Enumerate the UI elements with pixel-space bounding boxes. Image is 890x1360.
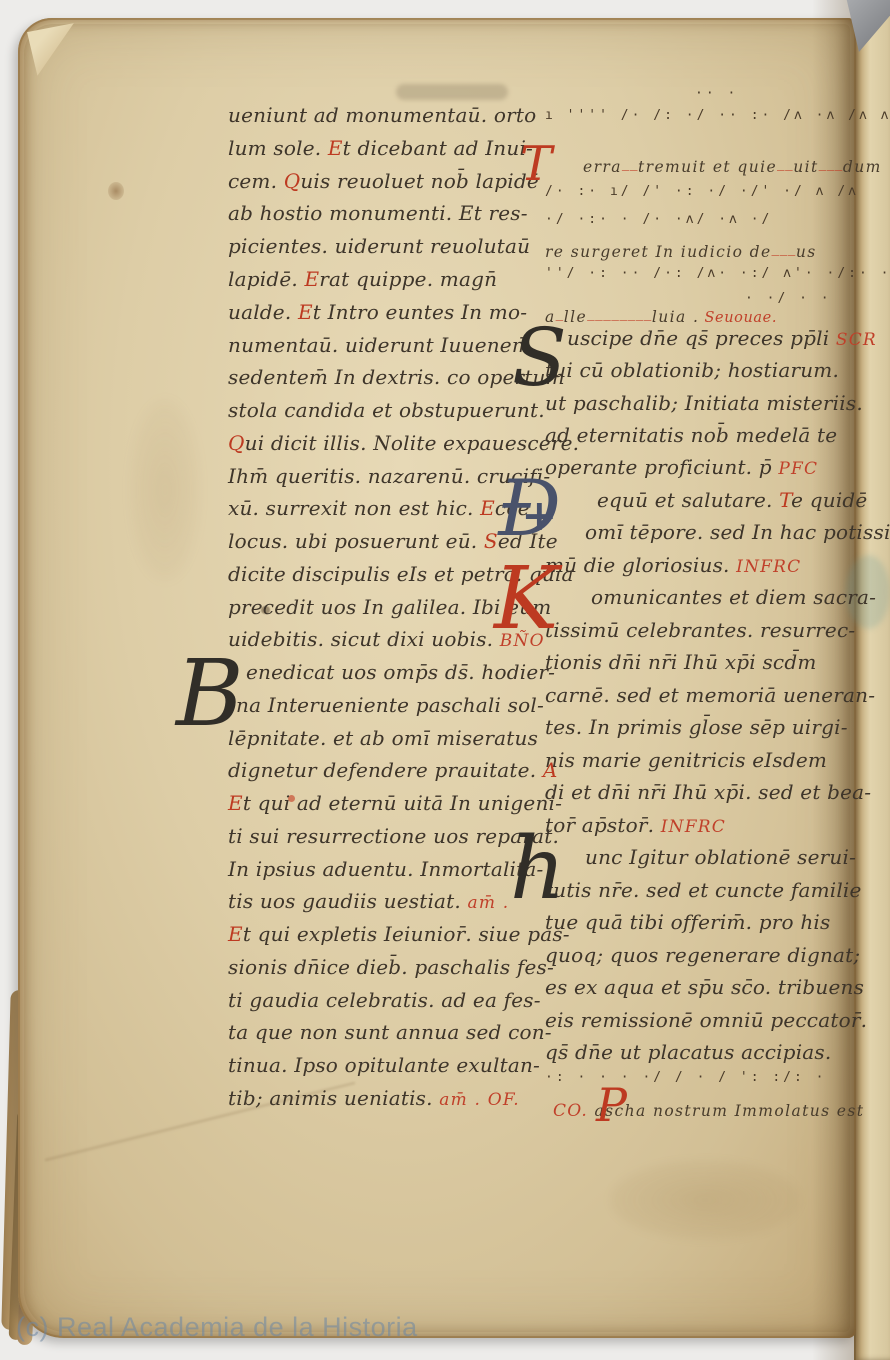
initial-S-suscipe: S [512,318,567,398]
initial-P-pascha-nostrum: P [596,1082,627,1128]
initial-T-terra-tremuit: T [520,140,552,188]
initial-H-hanc-igitur: h [510,826,565,912]
decorated-initials-layer: TSÐ+KBhP [0,0,890,1360]
manuscript-scan: { "watermark": "(c) Real Academia de la … [0,0,890,1360]
watermark: (c) Real Academia de la Historia [16,1312,418,1343]
initial-B-benedicat: B [176,648,244,740]
initial-C-communicantes: K [494,556,558,642]
initial-VD-monogram-vere-dignum-cross: + [521,495,557,538]
